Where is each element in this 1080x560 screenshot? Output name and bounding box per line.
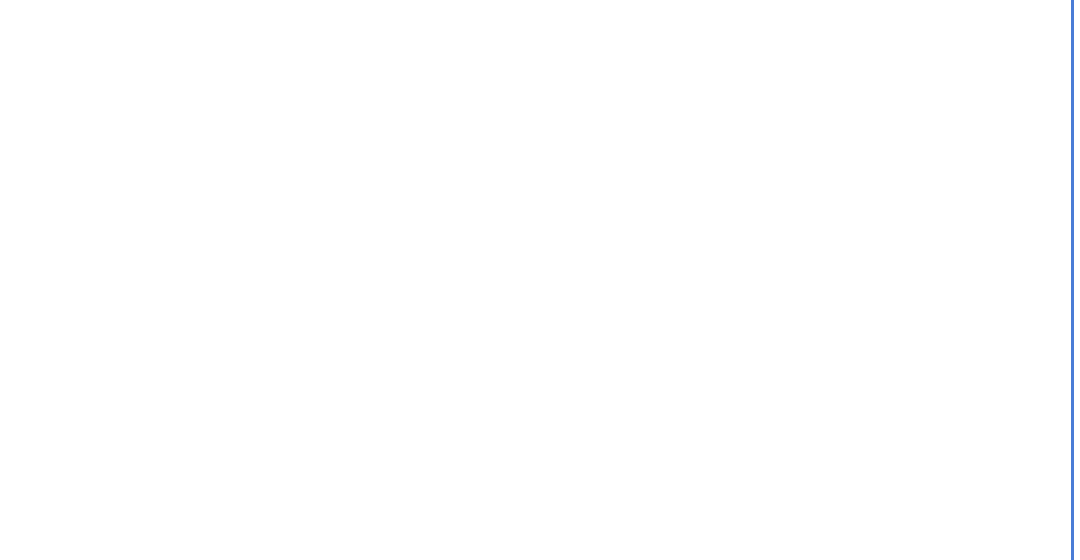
- job-position-spreadsheet-screen: [0, 0, 1080, 560]
- vertical-page-break-line: [1071, 0, 1074, 560]
